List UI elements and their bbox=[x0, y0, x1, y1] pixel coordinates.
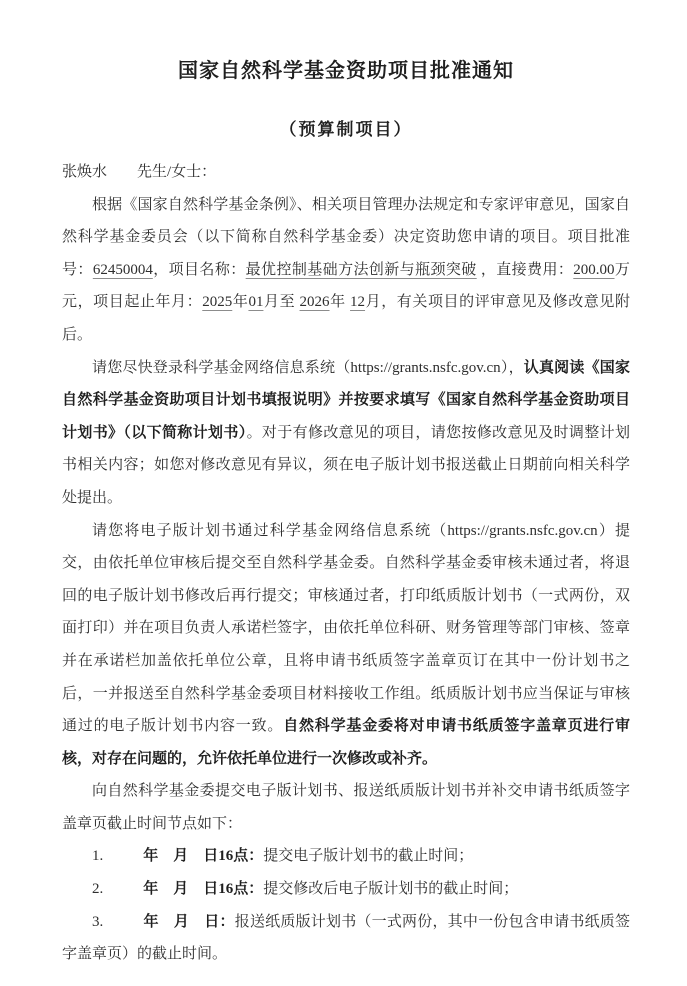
deadline-2-number: 2. bbox=[92, 881, 103, 897]
deadline-1-date-slot: 年 月 日16点： bbox=[143, 848, 263, 864]
deadline-2-text: 提交修改后电子版计划书的截止时间； bbox=[263, 881, 518, 897]
submission-process-text: 请您将电子版计划书通过科学基金网络信息系统（https://grants.nsf… bbox=[62, 523, 630, 735]
deadline-1-number: 1. bbox=[92, 848, 103, 864]
deadline-3-date-slot: 年 月 日： bbox=[143, 914, 234, 930]
doc-title: 国家自然科学基金资助项目批准通知 bbox=[62, 58, 630, 84]
deadline-item-2: 2.年 月 日16点：提交修改后电子版计划书的截止时间； bbox=[62, 873, 630, 906]
year-char-2: 年 bbox=[330, 294, 351, 310]
paragraph-submission-process: 请您将电子版计划书通过科学基金网络信息系统（https://grants.nsf… bbox=[62, 515, 630, 776]
month-to-text: 月至 bbox=[263, 294, 299, 310]
doc-body: 张焕水先生/女士： 根据《国家自然科学基金条例》、相关项目管理办法规定和专家评审… bbox=[62, 156, 630, 971]
recipient-name: 张焕水 bbox=[62, 164, 107, 180]
direct-cost-label: ，直接费用： bbox=[477, 262, 574, 278]
direct-cost-value: 200.00 bbox=[573, 262, 614, 278]
paragraph-grant-info: 根据《国家自然科学基金条例》、相关项目管理办法规定和专家评审意见，国家自然科学基… bbox=[62, 189, 630, 352]
login-intro-text: 请您尽快登录科学基金网络信息系统（https://grants.nsfc.gov… bbox=[92, 360, 524, 376]
end-month-value: 12 bbox=[350, 294, 365, 310]
start-year-value: 2025 bbox=[202, 294, 232, 310]
start-month-value: 01 bbox=[248, 294, 263, 310]
salutation-suffix: 先生/女士： bbox=[137, 164, 216, 180]
grant-number-value: 62450004 bbox=[93, 262, 153, 278]
document-page: 国家自然科学基金资助项目批准通知 （预算制项目） 张焕水先生/女士： 根据《国家… bbox=[0, 0, 687, 986]
deadline-item-1: 1.年 月 日16点：提交电子版计划书的截止时间； bbox=[62, 840, 630, 873]
doc-subtitle: （预算制项目） bbox=[62, 118, 630, 142]
salutation: 张焕水先生/女士： bbox=[62, 156, 630, 189]
year-char: 年 bbox=[232, 294, 248, 310]
deadline-3-number: 3. bbox=[92, 914, 103, 930]
project-name-label: ，项目名称： bbox=[153, 262, 246, 278]
deadline-1-text: 提交电子版计划书的截止时间； bbox=[263, 848, 473, 864]
paragraph-login-instructions: 请您尽快登录科学基金网络信息系统（https://grants.nsfc.gov… bbox=[62, 352, 630, 515]
end-year-value: 2026 bbox=[300, 294, 330, 310]
paragraph-deadline-intro: 向自然科学基金委提交电子版计划书、报送纸质版计划书并补交申请书纸质签字盖章页截止… bbox=[62, 775, 630, 840]
deadline-item-3: 3.年 月 日：报送纸质版计划书（一式两份，其中一份包含申请书纸质签字盖章页）的… bbox=[62, 906, 630, 971]
deadline-2-date-slot: 年 月 日16点： bbox=[143, 881, 263, 897]
deadline-list: 1.年 月 日16点：提交电子版计划书的截止时间； 2.年 月 日16点：提交修… bbox=[62, 840, 630, 970]
project-name-value: 最优控制基础方法创新与瓶颈突破 bbox=[246, 262, 477, 278]
